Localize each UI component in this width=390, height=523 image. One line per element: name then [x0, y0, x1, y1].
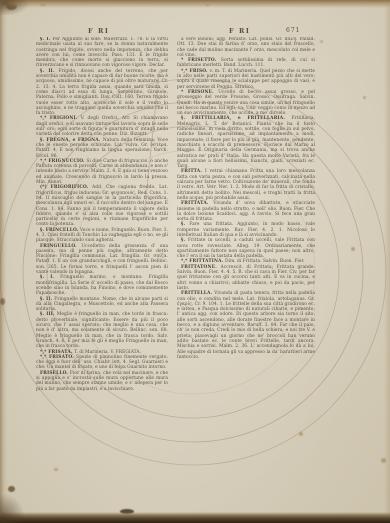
- dictionary-entry: *,* FRISATO. Spezie di pannolino finemen…: [36, 355, 168, 371]
- entry-headword: FRINGUELLO.: [40, 244, 81, 249]
- dictionary-entry: §. II. Fringuello montano. Nome, che in …: [36, 297, 168, 313]
- dictionary-entry: §. FREGNA, e FRIGNA. Natura della femmin…: [36, 138, 168, 159]
- entry-headword: (*) FRIGORIFICO.: [40, 185, 92, 190]
- entry-headword: §. I.: [40, 37, 53, 42]
- foxing-spot: [299, 432, 303, 436]
- dictionary-entry: FRITTA. I vetrai chiamano Fritta una lor…: [177, 169, 315, 201]
- dictionary-entry: §. I. Fringuello marino, o montano: Frin…: [36, 275, 168, 296]
- scan-edge-top: [0, 0, 390, 8]
- entry-headword: FRITTA.: [181, 169, 205, 174]
- book-page-scan: F RI F RI 671 §. I. Per Aggiunto al sole…: [0, 0, 390, 523]
- entry-headword: *,* FRISO.: [181, 69, 210, 74]
- dictionary-entry: FRITTELLA. Vivanda di pasta tenera, frit…: [177, 291, 315, 360]
- text-column-right: a vere lezioni; agg. Perasto. Lat. polli…: [177, 37, 315, 411]
- foxing-spot: [8, 486, 15, 492]
- dictionary-entry: §. Frittate in uccelli, a caduti uccelli…: [177, 238, 315, 259]
- dictionary-entry: §. Fare una frittata. Aggiunto, in modo …: [177, 222, 315, 238]
- entry-headword: FRITTELLA.: [181, 291, 214, 296]
- scan-edge-left: [0, 0, 7, 523]
- entry-headword: *,* FRISATO.: [40, 355, 76, 360]
- entry-headword: * FRISONE.: [181, 90, 218, 95]
- entry-headword: §. FRITTILLARIA, e FRITELLARIA.: [181, 116, 292, 121]
- text-column-left: §. I. Per Aggiunto al sole: Maestruzz. 1…: [36, 37, 168, 417]
- dictionary-entry: §. III. Meglio è fringuello in man, che …: [36, 312, 168, 349]
- page-number: 671: [286, 27, 300, 34]
- foxing-spot: [351, 247, 355, 251]
- dictionary-entry: (*) FRIGORIFICO. Add. Che cagiona freddo…: [36, 185, 168, 227]
- dictionary-entry: a vere lezioni; agg. Perasto. Lat. polli…: [177, 37, 315, 58]
- dictionary-entry: §. FRINCELLO. Voce e nome, Fringuello. B…: [36, 228, 168, 244]
- dictionary-entry: §. I. Per Aggiunto al sole: Maestruzz. 1…: [36, 37, 168, 69]
- entry-headword: §. III.: [40, 312, 57, 317]
- running-head-left: F RI: [88, 27, 109, 35]
- entry-headword: FRITTATONE.: [181, 265, 221, 270]
- foxing-spot: [54, 468, 58, 471]
- entry-headword: §.: [181, 222, 189, 227]
- dictionary-entry: FRINGUELLO. Uccelletto della grossezza d…: [36, 244, 168, 276]
- dictionary-entry: §. FRITTILLARIA, e FRITELLARIA. Fritilla…: [177, 116, 315, 169]
- entry-headword: §. II.: [40, 69, 59, 74]
- dictionary-entry: FRISELLO. Fior di farina, che vola nel m…: [36, 371, 168, 392]
- scan-edge-bottom: [0, 512, 390, 523]
- entry-headword: *,* FRISATA.: [40, 350, 74, 355]
- entry-headword: §.: [181, 238, 188, 243]
- entry-headword: *,* FRIGIONI.: [40, 116, 81, 121]
- corner-stain-top-left: [0, 0, 30, 16]
- entry-headword: §. II.: [40, 297, 54, 302]
- dictionary-entry: * FRISONE. Uccello di becco assai grosso…: [177, 90, 315, 116]
- corner-stain-bottom-left: [0, 493, 26, 523]
- dictionary-entry: FRITTATONE. Accrescit. di Frittata; Frit…: [177, 265, 315, 291]
- foxing-spot: [363, 96, 366, 99]
- entry-headword: * FRISETTO.: [181, 58, 221, 63]
- entry-headword: *,* FRITTATINA.: [181, 259, 225, 264]
- entry-headword: §. FREGNA, e FRIGNA.: [40, 138, 103, 143]
- dictionary-entry: *,* FRISO. v. m. T. di Marineria. Quel p…: [177, 69, 315, 90]
- running-head-right: F RI: [229, 27, 250, 35]
- entry-headword: §. FRINCELLO.: [40, 228, 80, 233]
- entry-headword: FRITTATA.: [181, 201, 213, 206]
- foxing-spot: [320, 40, 323, 43]
- dictionary-entry: *,* FRIGIONI. V. degli Orefici. Arr. Si …: [36, 116, 168, 137]
- entry-headword: §. I.: [40, 275, 60, 280]
- dictionary-entry: FRITTATA. Vivanda d' uova dibattute, e s…: [177, 201, 315, 222]
- dictionary-entry: * FRISETTO. Sorta sottilissima di refe, …: [177, 58, 315, 69]
- entry-headword: FRISELLO.: [40, 371, 70, 376]
- scan-edge-right: [384, 0, 390, 523]
- entry-headword: *,* FRIGNUCCIO.: [40, 159, 86, 164]
- dictionary-entry: §. II. Frigido, dicesi anche del terreno…: [36, 69, 168, 117]
